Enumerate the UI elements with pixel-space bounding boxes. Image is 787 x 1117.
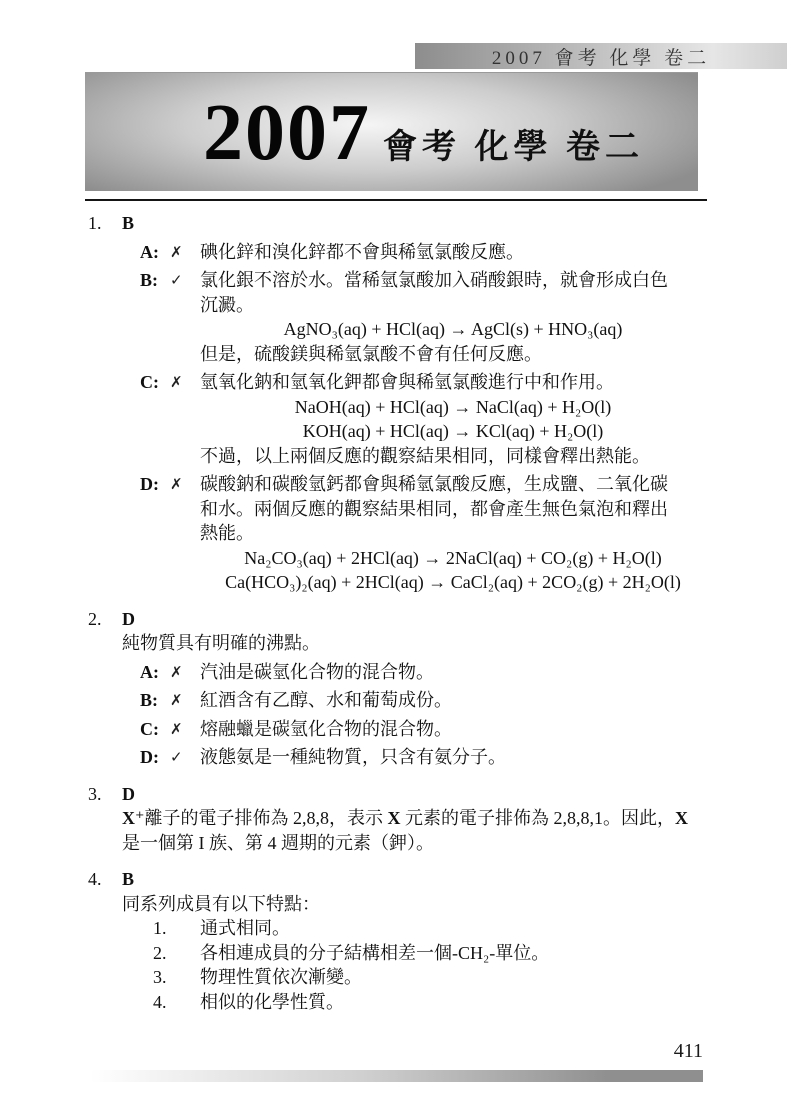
option-text: 汽油是碳氫化合物的混合物。: [200, 660, 680, 685]
chemical-equation: Ca(HCO₃)₂(aq) + 2HCl(aq) → CaCl₂(aq) + 2…: [200, 570, 706, 595]
option-a: A: ✗ 汽油是碳氫化合物的混合物。: [140, 660, 706, 685]
option-text: 氯化銀不溶於水。當稀氫氯酸加入硝酸銀時，就會形成白色沉澱。: [200, 268, 680, 317]
option-note: 但是，硫酸鎂與稀氫氯酸不會有任何反應。: [200, 342, 706, 367]
element-symbol: X: [388, 808, 401, 828]
question-number: 1.: [88, 211, 122, 236]
list-item: 4. 相似的化學性質。: [153, 990, 706, 1015]
list-item-text: 物理性質依次漸變。: [200, 965, 362, 990]
option-text: 碳酸鈉和碳酸氫鈣都會與稀氫氯酸反應，生成鹽、二氧化碳和水。兩個反應的觀察結果相同…: [200, 472, 680, 546]
list-item: 3. 物理性質依次漸變。: [153, 965, 706, 990]
chemical-equation: Na₂CO₃(aq) + 2HCl(aq) → 2NaCl(aq) + CO₂(…: [200, 546, 706, 571]
option-body: 氫氧化鈉和氫氧化鉀都會與稀氫氯酸進行中和作用。 NaOH(aq) + HCl(a…: [200, 370, 706, 468]
option-body: 碳酸鈉和碳酸氫鈣都會與稀氫氯酸反應，生成鹽、二氧化碳和水。兩個反應的觀察結果相同…: [200, 472, 706, 595]
question-3-header: 3. D: [88, 782, 706, 807]
list-item-number: 3.: [153, 965, 200, 990]
option-label: D:: [140, 745, 170, 770]
cross-mark-icon: ✗: [170, 688, 200, 713]
option-text: 熔融蠟是碳氫化合物的混合物。: [200, 717, 680, 742]
question-1-header: 1. B: [88, 211, 706, 236]
list-item-text: 相似的化學性質。: [200, 990, 344, 1015]
question-number: 2.: [88, 607, 122, 632]
question-number: 4.: [88, 867, 122, 892]
cross-mark-icon: ✗: [170, 660, 200, 685]
footer-bar: [90, 1070, 703, 1082]
option-label: C:: [140, 370, 170, 468]
list-item-text: 各相連成員的分子結構相差一個-CH₂-單位。: [200, 941, 549, 966]
element-symbol: X: [122, 808, 135, 828]
question-answer: D: [122, 607, 135, 632]
option-label: C:: [140, 717, 170, 742]
question-2: 2. D 純物質具有明確的沸點。 A: ✗ 汽油是碳氫化合物的混合物。 B: ✗…: [88, 607, 706, 770]
option-note: 不過，以上兩個反應的觀察結果相同，同樣會釋出熱能。: [200, 444, 706, 469]
chemical-equation: AgNO₃(aq) + HCl(aq) → AgCl(s) + HNO₃(aq): [200, 317, 706, 342]
question-explanation: X⁺離子的電子排佈為 2,8,8，表示 X 元素的電子排佈為 2,8,8,1。因…: [122, 806, 706, 855]
option-b: B: ✓ 氯化銀不溶於水。當稀氫氯酸加入硝酸銀時，就會形成白色沉澱。 AgNO₃…: [140, 268, 706, 366]
list-item: 1. 通式相同。: [153, 916, 706, 941]
element-symbol: X: [675, 808, 688, 828]
option-a: A: ✗ 碘化鋅和溴化鋅都不會與稀氫氯酸反應。: [140, 240, 706, 265]
banner-year: 2007: [203, 93, 371, 173]
option-text: 碘化鋅和溴化鋅都不會與稀氫氯酸反應。: [200, 240, 680, 265]
option-body: 氯化銀不溶於水。當稀氫氯酸加入硝酸銀時，就會形成白色沉澱。 AgNO₃(aq) …: [200, 268, 706, 366]
question-answer: B: [122, 211, 134, 236]
cross-mark-icon: ✗: [170, 370, 200, 468]
question-number: 3.: [88, 782, 122, 807]
option-c: C: ✗ 氫氧化鈉和氫氧化鉀都會與稀氫氯酸進行中和作用。 NaOH(aq) + …: [140, 370, 706, 468]
list-item-number: 4.: [153, 990, 200, 1015]
page-number: 411: [88, 1040, 703, 1063]
option-d: D: ✓ 液態氨是一種純物質，只含有氨分子。: [140, 745, 706, 770]
option-d: D: ✗ 碳酸鈉和碳酸氫鈣都會與稀氫氯酸反應，生成鹽、二氧化碳和水。兩個反應的觀…: [140, 472, 706, 595]
list-item-number: 2.: [153, 941, 200, 966]
running-header-bar: 2007 會考 化學 卷二: [415, 43, 787, 69]
option-label: B:: [140, 688, 170, 713]
chemical-equation: KOH(aq) + HCl(aq) → KCl(aq) + H₂O(l): [200, 419, 706, 444]
chemical-equation: NaOH(aq) + HCl(aq) → NaCl(aq) + H₂O(l): [200, 395, 706, 420]
option-body: 紅酒含有乙醇、水和葡萄成份。: [200, 688, 706, 713]
check-mark-icon: ✓: [170, 268, 200, 366]
answers-content: 1. B A: ✗ 碘化鋅和溴化鋅都不會與稀氫氯酸反應。 B: ✓ 氯化銀不溶於…: [88, 211, 706, 1014]
question-explanation: 同系列成員有以下特點：: [122, 892, 706, 917]
running-header-title: 2007 會考 化學 卷二: [492, 43, 710, 70]
option-body: 碘化鋅和溴化鋅都不會與稀氫氯酸反應。: [200, 240, 706, 265]
list-item-number: 1.: [153, 916, 200, 941]
cross-mark-icon: ✗: [170, 717, 200, 742]
option-text: 紅酒含有乙醇、水和葡萄成份。: [200, 688, 680, 713]
divider-line: [85, 199, 707, 201]
question-1: 1. B A: ✗ 碘化鋅和溴化鋅都不會與稀氫氯酸反應。 B: ✓ 氯化銀不溶於…: [88, 211, 706, 595]
option-body: 液態氨是一種純物質，只含有氨分子。: [200, 745, 706, 770]
option-text: 液態氨是一種純物質，只含有氨分子。: [200, 745, 680, 770]
explanation-text: 是一個第 I 族、第 4 週期的元素（鉀）。: [122, 833, 434, 853]
explanation-text: 元素的電子排佈為 2,8,8,1。因此，: [401, 808, 676, 828]
option-body: 汽油是碳氫化合物的混合物。: [200, 660, 706, 685]
title-banner: 2007 會考 化學 卷二: [85, 72, 698, 191]
explanation-text: ⁺離子的電子排佈為 2,8,8，表示: [135, 808, 388, 828]
option-body: 熔融蠟是碳氫化合物的混合物。: [200, 717, 706, 742]
option-label: D:: [140, 472, 170, 595]
list-item-text: 通式相同。: [200, 916, 290, 941]
banner-subtitle: 會考 化學 卷二: [383, 131, 644, 165]
option-label: B:: [140, 268, 170, 366]
option-b: B: ✗ 紅酒含有乙醇、水和葡萄成份。: [140, 688, 706, 713]
question-4-header: 4. B: [88, 867, 706, 892]
option-label: A:: [140, 660, 170, 685]
question-answer: D: [122, 782, 135, 807]
option-text: 氫氧化鈉和氫氧化鉀都會與稀氫氯酸進行中和作用。: [200, 370, 680, 395]
list-item: 2. 各相連成員的分子結構相差一個-CH₂-單位。: [153, 941, 706, 966]
check-mark-icon: ✓: [170, 745, 200, 770]
question-explanation: 純物質具有明確的沸點。: [122, 631, 706, 656]
option-c: C: ✗ 熔融蠟是碳氫化合物的混合物。: [140, 717, 706, 742]
option-label: A:: [140, 240, 170, 265]
cross-mark-icon: ✗: [170, 240, 200, 265]
question-2-header: 2. D: [88, 607, 706, 632]
question-4: 4. B 同系列成員有以下特點： 1. 通式相同。 2. 各相連成員的分子結構相…: [88, 867, 706, 1014]
question-answer: B: [122, 867, 134, 892]
question-3: 3. D X⁺離子的電子排佈為 2,8,8，表示 X 元素的電子排佈為 2,8,…: [88, 782, 706, 856]
cross-mark-icon: ✗: [170, 472, 200, 595]
